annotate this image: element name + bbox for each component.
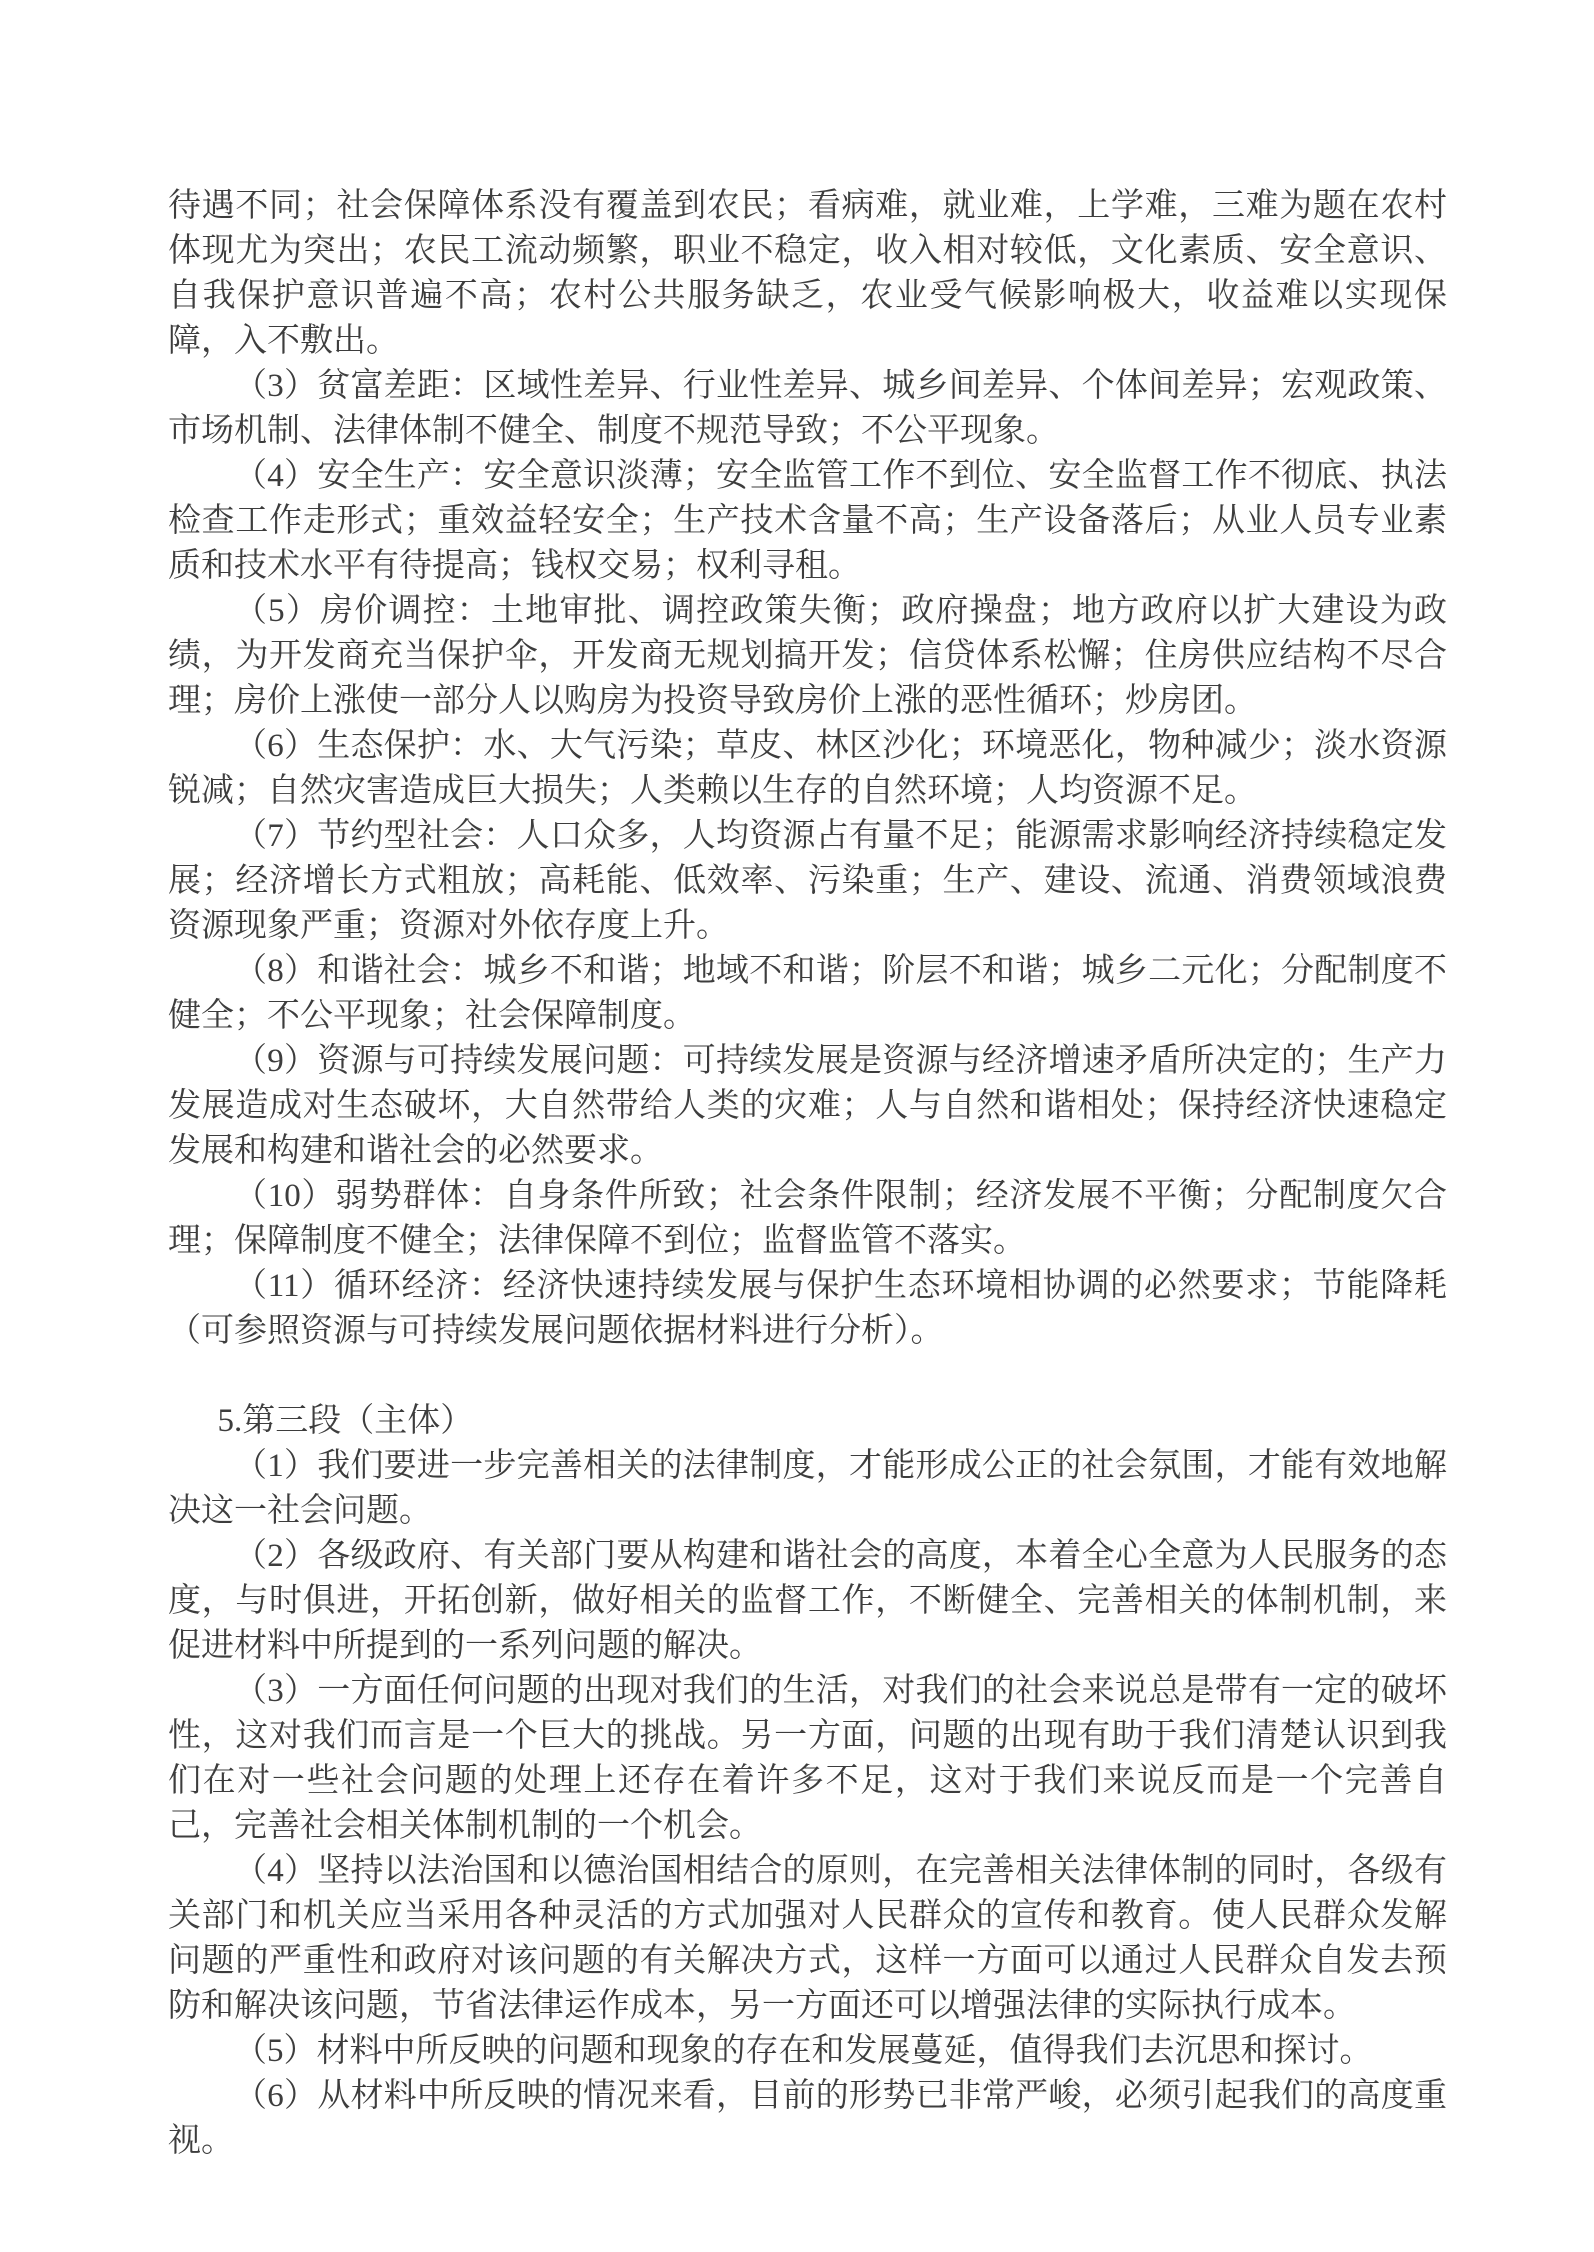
paragraph-10-vulnerable-groups: （10）弱势群体：自身条件所致；社会条件限制；经济发展不平衡；分配制度欠合理；保…: [168, 1174, 1447, 1264]
paragraph-continuation-rural-issues: 待遇不同；社会保障体系没有覆盖到农民；看病难，就业难，上学难，三难为题在农村体现…: [168, 184, 1447, 364]
paragraph-main-2-governments: （2）各级政府、有关部门要从构建和谐社会的高度，本着全心全意为人民服务的态度，与…: [168, 1534, 1447, 1669]
paragraph-6-ecology: （6）生态保护：水、大气污染；草皮、林区沙化；环境恶化，物种减少；淡水资源锐减；…: [168, 724, 1447, 814]
paragraph-7-conservation-society: （7）节约型社会：人口众多，人均资源占有量不足；能源需求影响经济持续稳定发展；经…: [168, 814, 1447, 949]
paragraph-main-5-reflection: （5）材料中所反映的问题和现象的存在和发展蔓延，值得我们去沉思和探讨。: [168, 2029, 1447, 2074]
paragraph-main-4-rule-of-law: （4）坚持以法治国和以德治国相结合的原则，在完善相关法律体制的同时，各级有关部门…: [168, 1849, 1447, 2029]
paragraph-main-3-two-sides: （3）一方面任何问题的出现对我们的生活，对我们的社会来说总是带有一定的破坏性，这…: [168, 1669, 1447, 1849]
paragraph-3-wealth-gap: （3）贫富差距：区域性差异、行业性差异、城乡间差异、个体间差异；宏观政策、市场机…: [168, 364, 1447, 454]
paragraph-4-work-safety: （4）安全生产：安全意识淡薄；安全监管工作不到位、安全监督工作不彻底、执法检查工…: [168, 454, 1447, 589]
paragraph-main-1-legal-system: （1）我们要进一步完善相关的法律制度，才能形成公正的社会氛围，才能有效地解决这一…: [168, 1444, 1447, 1534]
paragraph-8-harmonious-society: （8）和谐社会：城乡不和谐；地域不和谐；阶层不和谐；城乡二元化；分配制度不健全；…: [168, 949, 1447, 1039]
paragraph-main-6-situation: （6）从材料中所反映的情况来看，目前的形势已非常严峻，必须引起我们的高度重视。: [168, 2074, 1447, 2164]
section-heading-third-paragraph: 5.第三段（主体）: [168, 1399, 1447, 1444]
document-page: 待遇不同；社会保障体系没有覆盖到农民；看病难，就业难，上学难，三难为题在农村体现…: [0, 0, 1594, 2252]
paragraph-11-circular-economy: （11）循环经济：经济快速持续发展与保护生态环境相协调的必然要求；节能降耗（可参…: [168, 1264, 1447, 1354]
paragraph-9-sustainable-development: （9）资源与可持续发展问题：可持续发展是资源与经济增速矛盾所决定的；生产力发展造…: [168, 1039, 1447, 1174]
paragraph-5-housing-prices: （5）房价调控：土地审批、调控政策失衡；政府操盘；地方政府以扩大建设为政绩，为开…: [168, 589, 1447, 724]
